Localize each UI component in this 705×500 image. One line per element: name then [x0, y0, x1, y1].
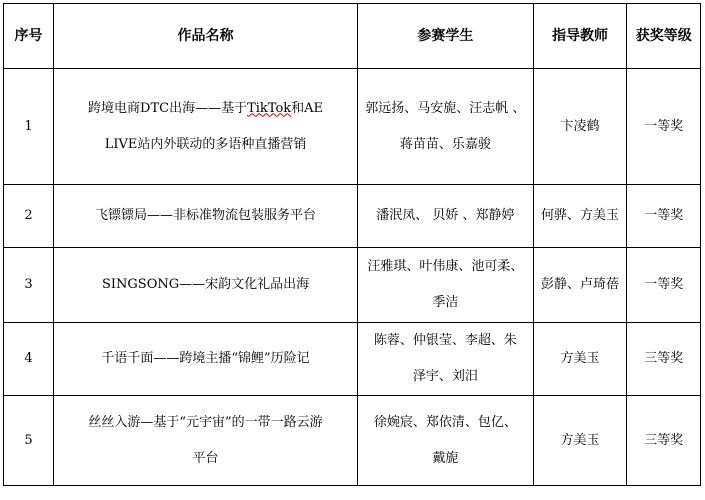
students-line: 陈蓉、仲银莹、李超、朱: [360, 323, 531, 359]
cell-title: SINGSONG——宋韵文化礼品出海: [54, 248, 358, 323]
cell-teacher: 方美玉: [533, 323, 627, 396]
cell-level: 一等奖: [627, 69, 701, 185]
cell-teacher: 彭静、卢琦蓓: [533, 248, 627, 323]
cell-no: 1: [4, 69, 54, 185]
cell-teacher: 何骅、方美玉: [533, 185, 627, 248]
cell-teacher: 卞凌鹤: [533, 69, 627, 185]
header-level: 获奖等级: [627, 4, 701, 69]
table-row: 4 千语千面——跨境主播“锦鲤”历险记 陈蓉、仲银莹、李超、朱 泽宇、刘汨 方美…: [4, 323, 701, 396]
table-row: 3 SINGSONG——宋韵文化礼品出海 汪雅琪、叶伟康、池可柔、 季洁 彭静、…: [4, 248, 701, 323]
cell-students: 潘泯凤、 贝娇 、郑静婷: [358, 185, 534, 248]
cell-title: 千语千面——跨境主播“锦鲤”历险记: [54, 323, 358, 396]
cell-no: 2: [4, 185, 54, 248]
table-row: 5 丝丝入游—基于“元宇宙”的一带一路云游 平台 徐婉宸、郑依清、包亿、 戴旎 …: [4, 396, 701, 486]
students-line: 汪雅琪、叶伟康、池可柔、: [360, 249, 531, 285]
table-row: 1 跨境电商DTC出海——基于TikTok和AE LIVE站内外联动的多语种直播…: [4, 69, 701, 185]
cell-title: 丝丝入游—基于“元宇宙”的一带一路云游 平台: [54, 396, 358, 486]
header-no: 序号: [4, 4, 54, 69]
students-line: 泽宇、刘汨: [360, 359, 531, 395]
cell-students: 汪雅琪、叶伟康、池可柔、 季洁: [358, 248, 534, 323]
cell-title: 飞镖镖局——非标准物流包装服务平台: [54, 185, 358, 248]
cell-students: 郭远扬、马安旎、汪志帆 、 蒋苗苗、乐嘉骏: [358, 69, 534, 185]
cell-level: 一等奖: [627, 185, 701, 248]
header-title: 作品名称: [54, 4, 358, 69]
cell-level: 三等奖: [627, 396, 701, 486]
awards-table: 序号 作品名称 参赛学生 指导教师 获奖等级 1 跨境电商DTC出海——基于Ti…: [3, 3, 701, 486]
students-line: 季洁: [360, 285, 531, 321]
header-teacher: 指导教师: [533, 4, 627, 69]
title-text: 和AE: [291, 101, 323, 116]
students-line: 戴旎: [360, 441, 531, 477]
students-line: 郭远扬、马安旎、汪志帆 、: [360, 91, 531, 127]
spellcheck-word[interactable]: TikTok: [247, 101, 291, 116]
cell-students: 陈蓉、仲银莹、李超、朱 泽宇、刘汨: [358, 323, 534, 396]
title-line: 跨境电商DTC出海——基于TikTok和AE: [56, 91, 355, 127]
cell-no: 4: [4, 323, 54, 396]
cell-level: 三等奖: [627, 323, 701, 396]
title-line: 平台: [56, 441, 355, 477]
title-line: LIVE站内外联动的多语种直播营销: [56, 127, 355, 163]
cell-title: 跨境电商DTC出海——基于TikTok和AE LIVE站内外联动的多语种直播营销: [54, 69, 358, 185]
title-line: 丝丝入游—基于“元宇宙”的一带一路云游: [56, 405, 355, 441]
cell-students: 徐婉宸、郑依清、包亿、 戴旎: [358, 396, 534, 486]
students-line: 蒋苗苗、乐嘉骏: [360, 127, 531, 163]
cell-level: 一等奖: [627, 248, 701, 323]
cell-teacher: 方美玉: [533, 396, 627, 486]
header-row: 序号 作品名称 参赛学生 指导教师 获奖等级: [4, 4, 701, 69]
title-text: 跨境电商DTC出海——基于: [88, 101, 247, 116]
table-row: 2 飞镖镖局——非标准物流包装服务平台 潘泯凤、 贝娇 、郑静婷 何骅、方美玉 …: [4, 185, 701, 248]
cell-no: 3: [4, 248, 54, 323]
header-students: 参赛学生: [358, 4, 534, 69]
students-line: 徐婉宸、郑依清、包亿、: [360, 405, 531, 441]
cell-no: 5: [4, 396, 54, 486]
